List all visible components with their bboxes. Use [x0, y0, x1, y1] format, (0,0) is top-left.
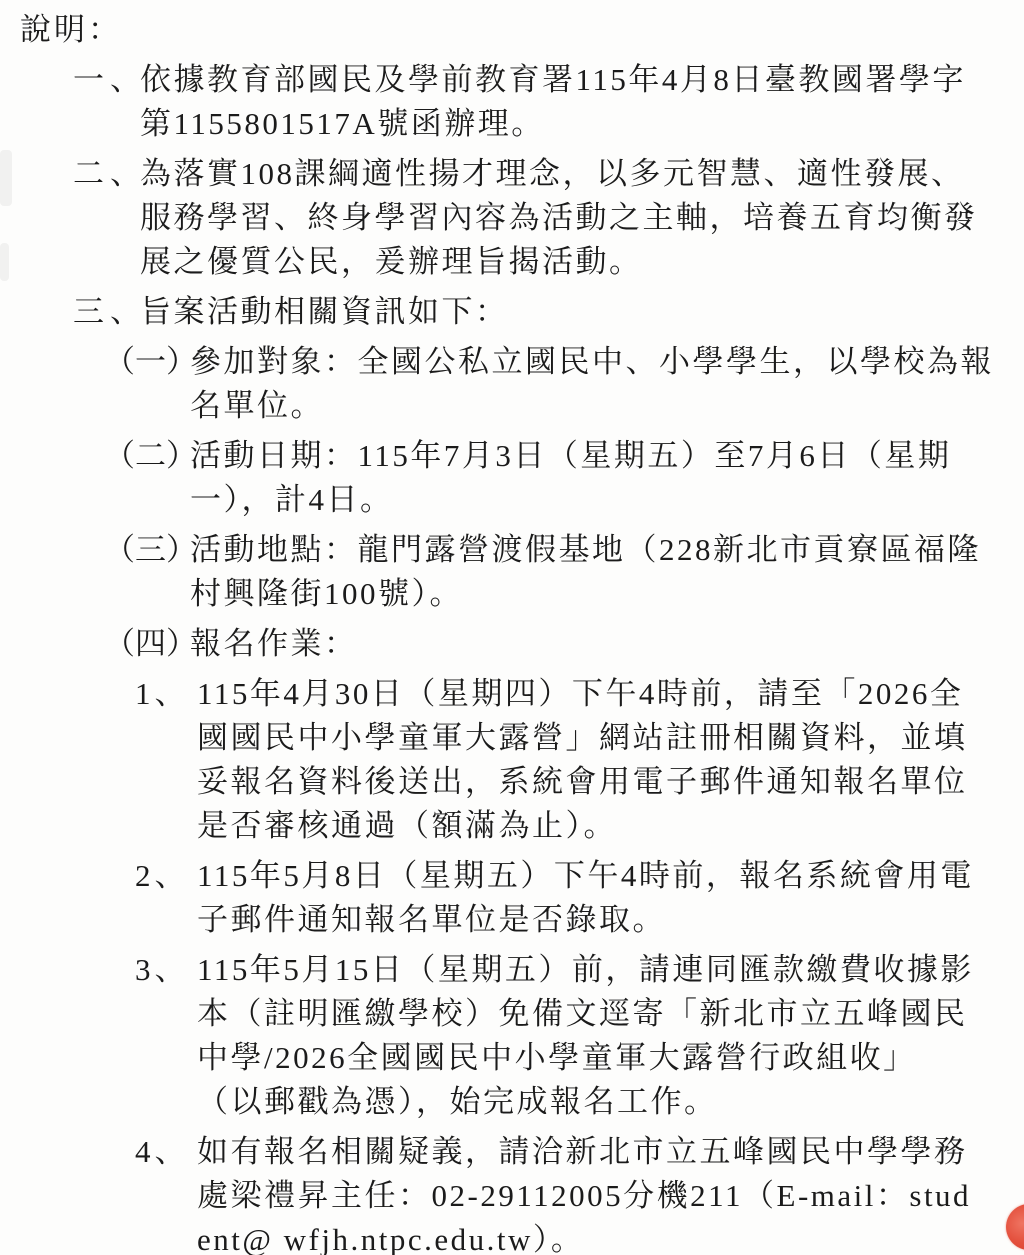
list-item-3-2: （二） 活動日期：115年7月3日（星期五）至7月6日（星期 一），計4日。 [0, 434, 1024, 522]
item-3-4-3-marker: 3、 [135, 948, 190, 992]
item-1-text: 依據教育部國民及學前教育署115年4月8日臺教國署學字 第1155801517A… [140, 58, 1024, 146]
item-3-4-2-text: 115年5月8日（星期五）下午4時前，報名系統會用電 子郵件通知報名單位是否錄取… [197, 854, 1024, 942]
item-1-marker: 一、 [73, 58, 147, 102]
document-page: 說明： 一、 依據教育部國民及學前教育署115年4月8日臺教國署學字 第1155… [0, 0, 1024, 1255]
item-3-4-1-text: 115年4月30日（星期四）下午4時前，請至「2026全 國國民中小學童軍大露營… [197, 672, 1024, 848]
item-3-3-marker: （三） [104, 528, 197, 572]
item-3-2-text: 活動日期：115年7月3日（星期五）至7月6日（星期 一），計4日。 [190, 434, 1024, 522]
item-2-marker: 二、 [73, 152, 147, 196]
list-item-3-1: （一） 參加對象：全國公私立國民中、小學學生，以學校為報 名單位。 [0, 340, 1024, 428]
item-3-4-3-text: 115年5月15日（星期五）前，請連同匯款繳費收據影 本（註明匯繳學校）免備文逕… [197, 948, 1024, 1124]
list-item-3-4-4: 4、 如有報名相關疑義，請洽新北市立五峰國民中學學務 處梁禮昇主任：02-291… [0, 1130, 1024, 1255]
list-item-3: 三、 旨案活動相關資訊如下： [0, 290, 1024, 334]
list-item-2: 二、 為落實108課綱適性揚才理念，以多元智慧、適性發展、 服務學習、終身學習內… [0, 152, 1024, 284]
section-heading: 說明： [20, 8, 1024, 52]
item-3-4-2-marker: 2、 [135, 854, 190, 898]
list-item-3-4: （四） 報名作業： [0, 622, 1024, 666]
item-3-4-4-text: 如有報名相關疑義，請洽新北市立五峰國民中學學務 處梁禮昇主任：02-291120… [197, 1130, 1024, 1255]
item-3-text: 旨案活動相關資訊如下： [140, 290, 1024, 334]
item-3-1-marker: （一） [104, 340, 197, 384]
item-3-4-text: 報名作業： [190, 622, 1024, 666]
item-3-3-text: 活動地點：龍門露營渡假基地（228新北市貢寮區福隆 村興隆街100號）。 [190, 528, 1024, 616]
list-item-1: 一、 依據教育部國民及學前教育署115年4月8日臺教國署學字 第11558015… [0, 58, 1024, 146]
item-3-4-marker: （四） [104, 622, 197, 666]
item-3-marker: 三、 [73, 290, 147, 334]
item-3-4-1-marker: 1、 [135, 672, 190, 716]
list-item-3-4-2: 2、 115年5月8日（星期五）下午4時前，報名系統會用電 子郵件通知報名單位是… [0, 854, 1024, 942]
item-3-4-4-marker: 4、 [135, 1130, 190, 1174]
item-3-2-marker: （二） [104, 434, 197, 478]
list-item-3-3: （三） 活動地點：龍門露營渡假基地（228新北市貢寮區福隆 村興隆街100號）。 [0, 528, 1024, 616]
item-2-text: 為落實108課綱適性揚才理念，以多元智慧、適性發展、 服務學習、終身學習內容為活… [140, 152, 1024, 284]
list-item-3-4-3: 3、 115年5月15日（星期五）前，請連同匯款繳費收據影 本（註明匯繳學校）免… [0, 948, 1024, 1124]
list-item-3-4-1: 1、 115年4月30日（星期四）下午4時前，請至「2026全 國國民中小學童軍… [0, 672, 1024, 848]
item-3-1-text: 參加對象：全國公私立國民中、小學學生，以學校為報 名單位。 [190, 340, 1024, 428]
